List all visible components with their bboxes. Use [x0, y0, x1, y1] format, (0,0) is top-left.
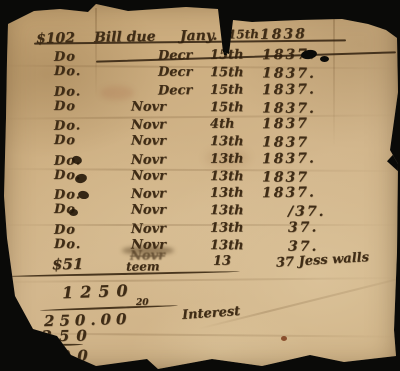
entry-day: 15th: [210, 82, 244, 97]
entry-year: 37.: [288, 220, 319, 236]
entry-month: Novr: [131, 203, 166, 218]
entry-day: 15th: [210, 47, 244, 62]
ditto-mark: Do: [54, 133, 76, 148]
entry-year: 1837.: [262, 151, 316, 168]
total-note: 37 Jess walls: [276, 250, 370, 271]
ink-spot-stain: [281, 336, 287, 341]
ditto-mark: Do: [54, 99, 76, 114]
ditto-mark: Do.: [54, 84, 81, 99]
calc-line-4: 1500: [25, 346, 95, 365]
ditto-mark: Do.: [54, 237, 81, 252]
entry-day: 4th: [210, 117, 235, 132]
entry-year: 1837.: [262, 100, 316, 116]
entry-month: Novr: [131, 186, 166, 201]
entry-day: 15th: [210, 100, 244, 115]
entry-month: Novr: [131, 134, 166, 149]
entry-month: Decr: [158, 48, 192, 63]
calc-line-3: 1250: [24, 326, 94, 345]
entry-year: 1837: [262, 134, 309, 150]
entry-year: 1837.: [262, 82, 316, 99]
entry-day: 13th: [210, 185, 244, 200]
entry-year: 1837.: [262, 65, 316, 81]
entry-month: Novr: [131, 117, 166, 132]
paper-hole: [320, 56, 329, 62]
entry-year: 1837: [262, 169, 309, 185]
entry-day: 13th: [210, 169, 244, 184]
ink-blot: [69, 209, 78, 216]
entry-day: 13th: [210, 238, 244, 253]
entry-day: 13th: [210, 203, 244, 218]
ink-smudge: [122, 246, 174, 255]
ditto-mark: Do: [54, 50, 76, 65]
total-row: $51 Novr teem 13 37 Jess walls: [0, 252, 400, 273]
manuscript-paper: $102 Bill due Jany. 15th 1838 Do Decr 15…: [0, 0, 400, 371]
entry-month: Decr: [158, 83, 192, 98]
total-day: 13: [213, 254, 231, 269]
ditto-mark: Do.: [54, 64, 81, 79]
entry-year: 1837: [262, 116, 309, 133]
ditto-mark: Do: [54, 223, 76, 238]
entry-year: 1837.: [262, 185, 316, 202]
calc-line-1: 1250: [62, 281, 135, 303]
entry-day: 13th: [210, 134, 244, 149]
entry-month: Novr: [131, 169, 166, 184]
calc-carry: 20: [136, 298, 149, 308]
entry-day: 15th: [210, 65, 244, 80]
entry-month: Novr: [131, 100, 166, 115]
ditto-mark: Do.: [54, 118, 81, 133]
total-amount: $51: [52, 255, 83, 273]
entry-year: /37.: [288, 204, 326, 220]
entry-day: 13th: [210, 151, 244, 166]
entry-month: Novr: [131, 152, 166, 167]
entry-day: 13th: [210, 220, 244, 235]
entry-month: Novr: [131, 221, 166, 236]
entry-month: Decr: [158, 65, 192, 80]
